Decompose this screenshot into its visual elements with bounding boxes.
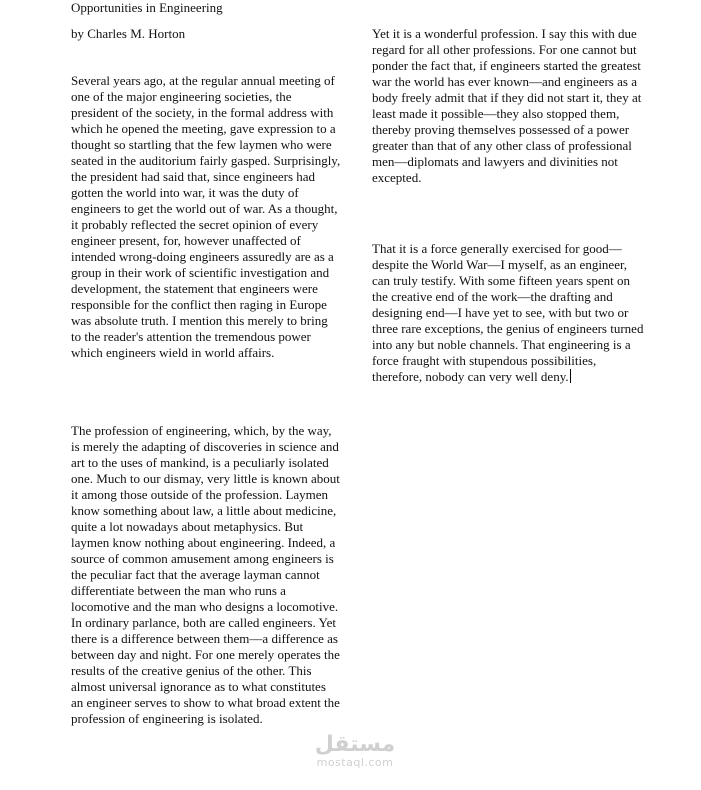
paragraph-1[interactable]: Several years ago, at the regular annual… [71, 73, 341, 361]
watermark: مستقل mostaql.com [300, 733, 410, 769]
watermark-arabic: مستقل [300, 733, 410, 757]
paragraph-3[interactable]: Yet it is a wonderful profession. I say … [372, 26, 647, 186]
paragraph-2[interactable]: The profession of engineering, which, by… [71, 423, 341, 727]
watermark-latin: mostaql.com [300, 757, 410, 769]
document-title[interactable]: Opportunities in Engineering [71, 0, 223, 16]
paragraph-4[interactable]: That it is a force generally exercised f… [372, 241, 647, 385]
text-cursor [570, 369, 571, 383]
paragraph-4-text: That it is a force generally exercised f… [372, 241, 643, 384]
author-byline[interactable]: by Charles M. Horton [71, 26, 185, 42]
